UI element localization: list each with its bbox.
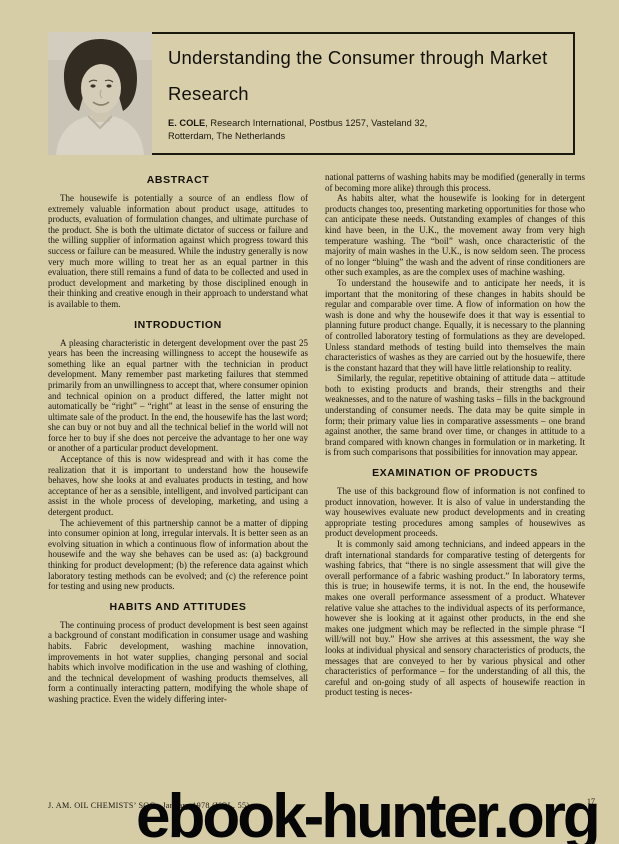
examination-paragraph-1: The use of this background flow of infor… bbox=[325, 486, 585, 539]
watermark-text: ebook-hunter.org bbox=[136, 786, 598, 844]
introduction-paragraph-1: A pleasing characteristic in detergent d… bbox=[48, 338, 308, 455]
continuation-paragraph-3: To understand the housewife and to antic… bbox=[325, 278, 585, 373]
habits-and-attitudes-heading: HABITS AND ATTITUDES bbox=[48, 601, 308, 613]
continuation-paragraph-2: As habits alter, what the housewife is l… bbox=[325, 193, 585, 278]
examination-paragraph-2: It is commonly said among technicians, a… bbox=[325, 539, 585, 698]
habits-paragraph-1: The continuing process of product develo… bbox=[48, 620, 308, 705]
abstract-paragraph: The housewife is potentially a source of… bbox=[48, 193, 308, 310]
introduction-paragraph-2: Acceptance of this is now widespread and… bbox=[48, 454, 308, 518]
title-box: Understanding the Consumer through Marke… bbox=[152, 32, 575, 155]
examination-of-products-heading: EXAMINATION OF PRODUCTS bbox=[325, 467, 585, 479]
author-name: E. COLE bbox=[168, 118, 205, 128]
left-column: ABSTRACT The housewife is potentially a … bbox=[48, 172, 308, 804]
abstract-heading: ABSTRACT bbox=[48, 174, 308, 186]
article-title: Understanding the Consumer through Marke… bbox=[168, 40, 559, 112]
continuation-paragraph-1: national patterns of washing habits may … bbox=[325, 172, 585, 193]
right-column: national patterns of washing habits may … bbox=[325, 172, 585, 804]
author-affiliation-2: Rotterdam, The Netherlands bbox=[168, 131, 285, 141]
continuation-paragraph-4: Similarly, the regular, repetitive obtai… bbox=[325, 373, 585, 458]
article-header: Understanding the Consumer through Marke… bbox=[48, 32, 575, 155]
introduction-paragraph-3: The achievement of this partnership cann… bbox=[48, 518, 308, 592]
author-portrait-illustration bbox=[48, 32, 152, 155]
author-photo bbox=[48, 32, 152, 155]
author-affiliation: , Research International, Postbus 1257, … bbox=[205, 118, 427, 128]
author-line: E. COLE, Research International, Postbus… bbox=[168, 117, 559, 143]
journal-page: Understanding the Consumer through Marke… bbox=[0, 0, 619, 844]
introduction-heading: INTRODUCTION bbox=[48, 319, 308, 331]
article-body: ABSTRACT The housewife is potentially a … bbox=[48, 172, 585, 804]
